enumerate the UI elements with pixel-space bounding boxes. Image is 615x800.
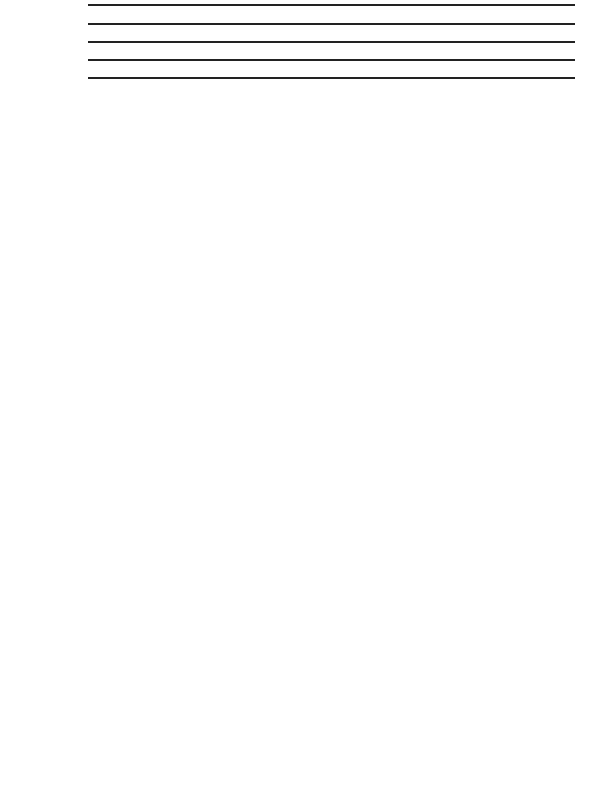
divider: [88, 77, 575, 79]
divider: [88, 59, 575, 61]
divider: [88, 23, 575, 25]
divider: [88, 4, 575, 6]
divider: [88, 41, 575, 43]
